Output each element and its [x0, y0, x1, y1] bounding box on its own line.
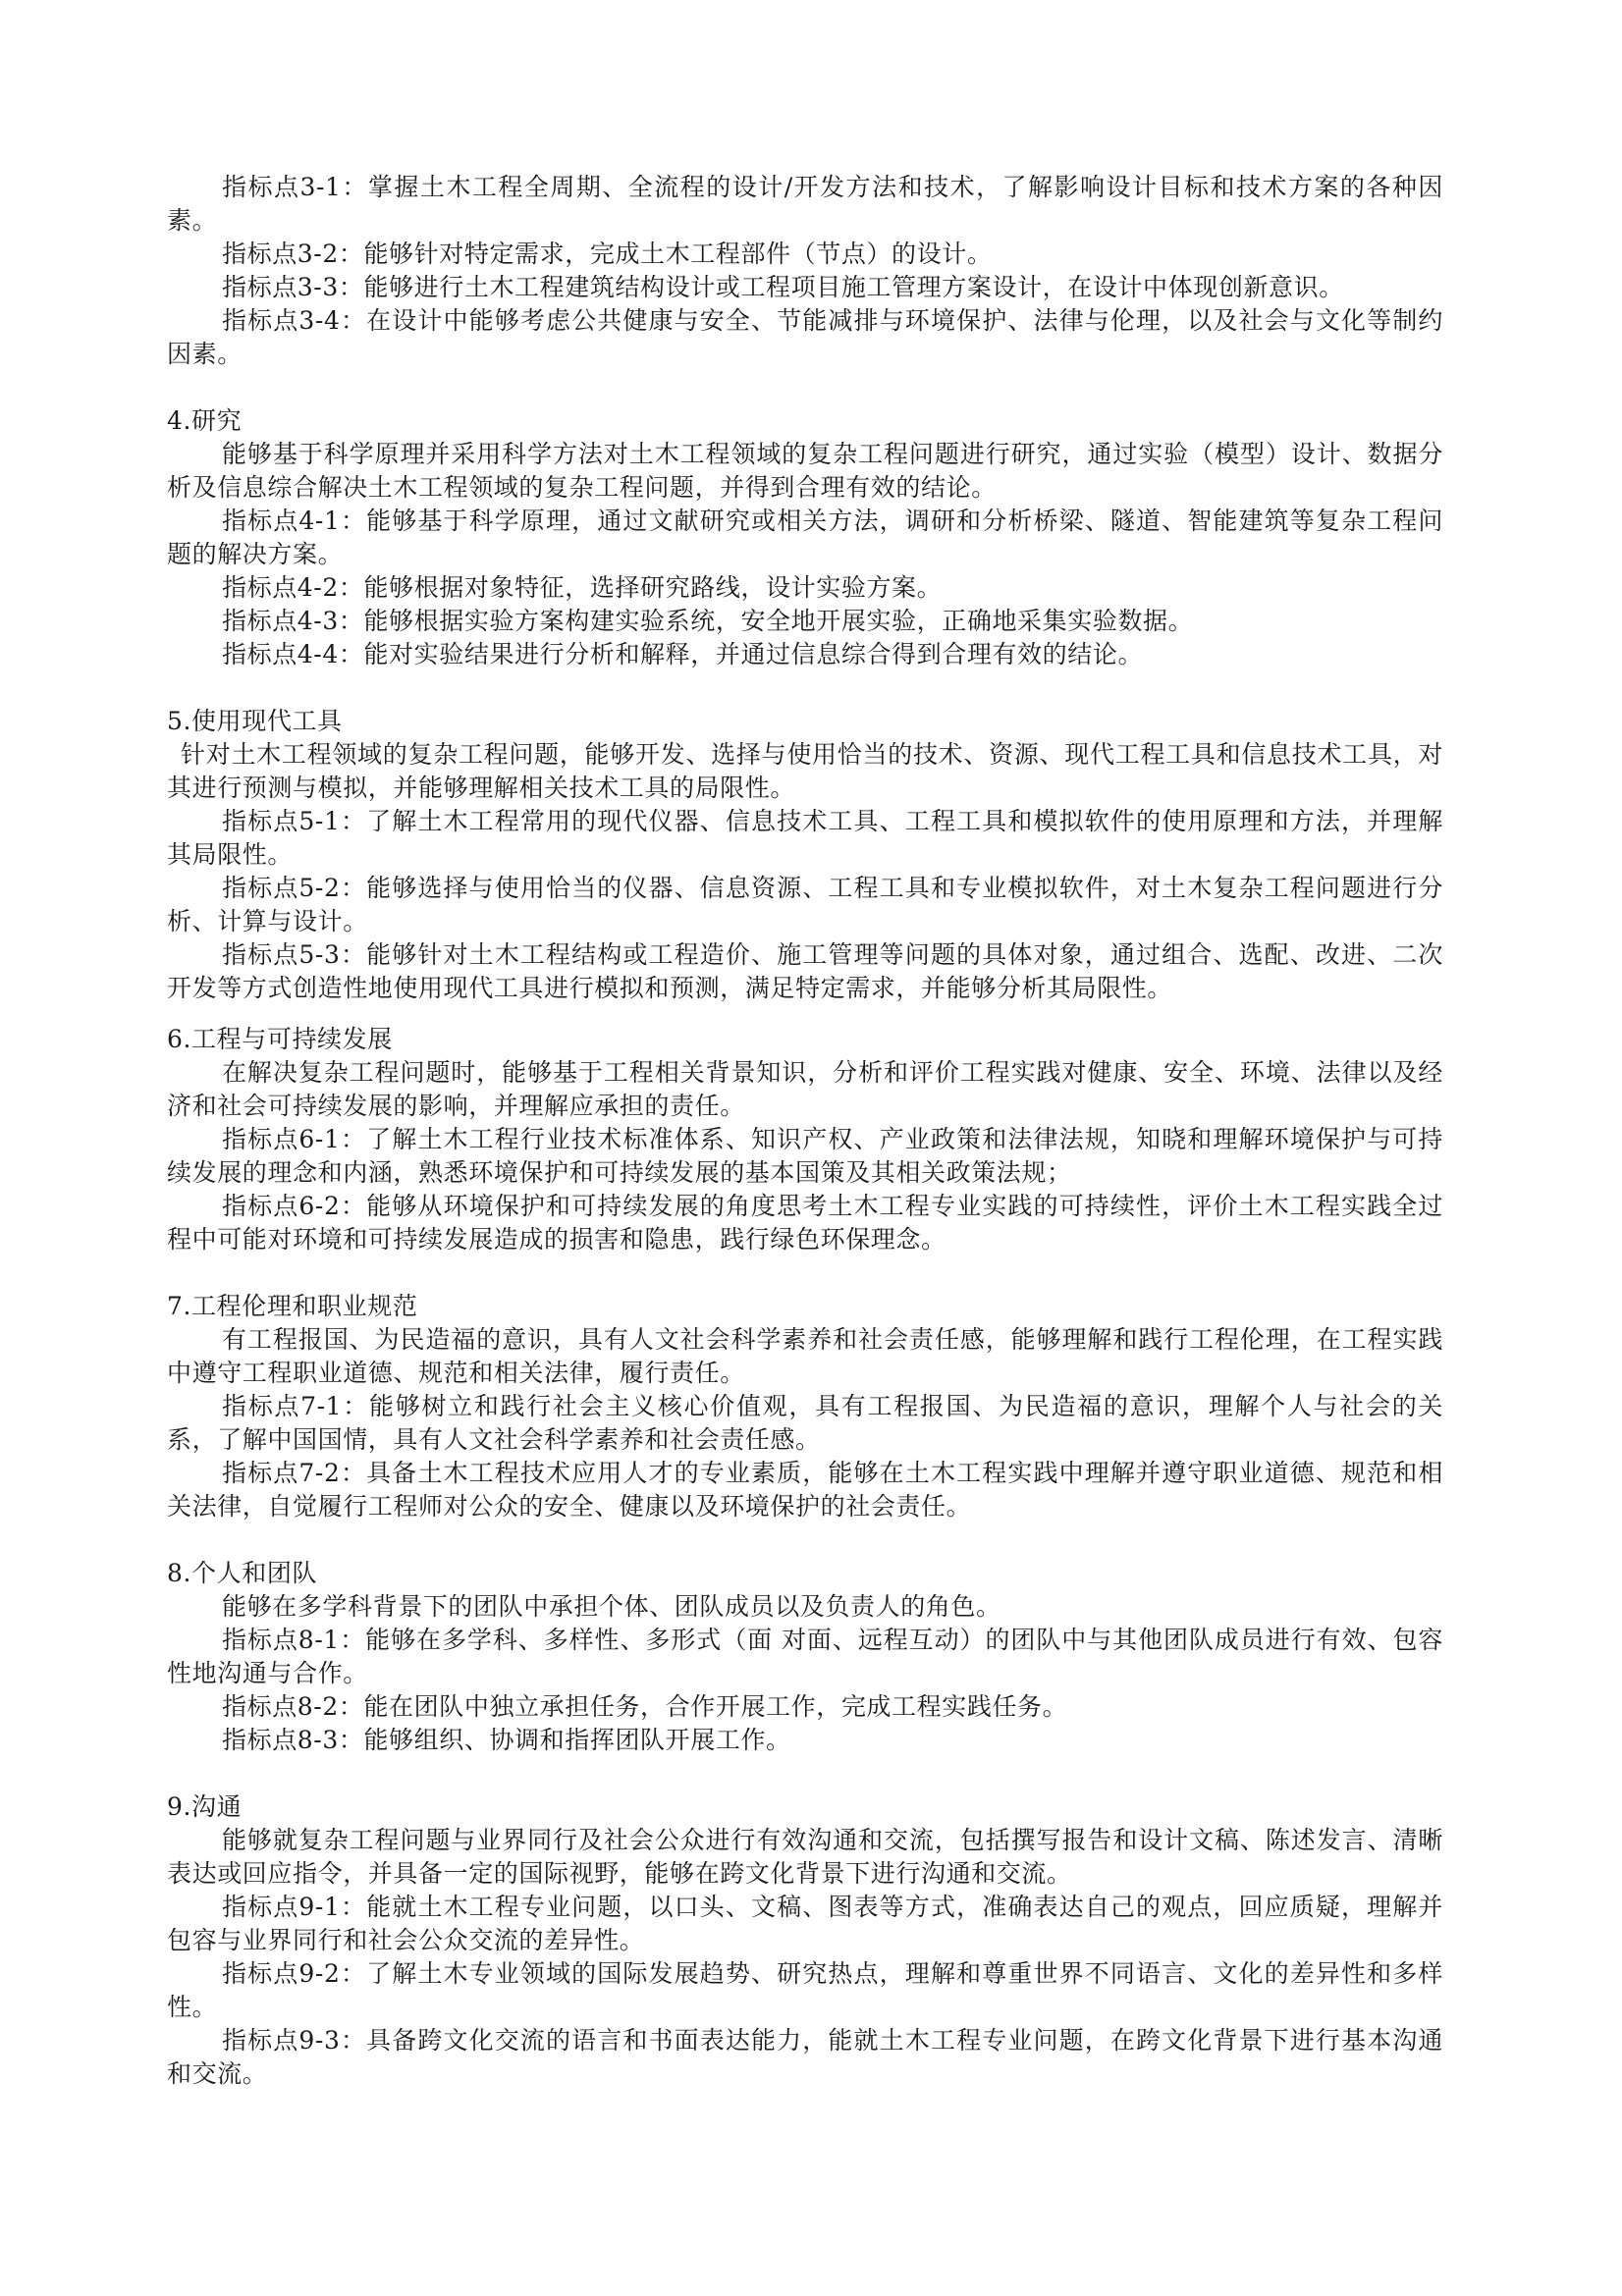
indicator-9-3: 指标点9-3：具备跨文化交流的语言和书面表达能力，能就土木工程专业问题，在跨文化… [167, 2024, 1443, 2091]
section-spacer [167, 1523, 1443, 1557]
section-intro: 能够就复杂工程问题与业界同行及社会公众进行有效沟通和交流，包括撰写报告和设计文稿… [167, 1824, 1443, 1891]
indicator-5-1: 指标点5-1：了解土木工程常用的现代仪器、信息技术工具、工程工具和模拟软件的使用… [167, 805, 1443, 872]
section-intro: 有工程报国、为民造福的意识，具有人文社会科学素养和社会责任感，能够理解和践行工程… [167, 1323, 1443, 1390]
section-heading: 4.研究 [167, 404, 1443, 438]
section-heading: 7.工程伦理和职业规范 [167, 1290, 1443, 1323]
indicator-3-1: 指标点3-1：掌握土木工程全周期、全流程的设计/开发方法和技术，了解影响设计目标… [167, 171, 1443, 238]
indicator-5-3: 指标点5-3：能够针对土木工程结构或工程造价、施工管理等问题的具体对象，通过组合… [167, 938, 1443, 1005]
section-8-teamwork: 8.个人和团队 能够在多学科背景下的团队中承担个体、团队成员以及负责人的角色。 … [167, 1557, 1443, 1757]
indicator-6-2: 指标点6-2：能够从环境保护和可持续发展的角度思考土木工程专业实践的可持续性，评… [167, 1190, 1443, 1256]
section-heading: 8.个人和团队 [167, 1557, 1443, 1590]
indicator-8-2: 指标点8-2：能在团队中独立承担任务，合作开展工作，完成工程实践任务。 [167, 1690, 1443, 1724]
section-7-ethics: 7.工程伦理和职业规范 有工程报国、为民造福的意识，具有人文社会科学素养和社会责… [167, 1290, 1443, 1523]
section-intro: 在解决复杂工程问题时，能够基于工程相关背景知识，分析和评价工程实践对健康、安全、… [167, 1056, 1443, 1123]
indicator-9-2: 指标点9-2：了解土木专业领域的国际发展趋势、研究热点，理解和尊重世界不同语言、… [167, 1957, 1443, 2024]
indicator-4-1: 指标点4-1：能够基于科学原理，通过文献研究或相关方法，调研和分析桥梁、隧道、智… [167, 505, 1443, 571]
indicator-8-1: 指标点8-1：能够在多学科、多样性、多形式（面 对面、远程互动）的团队中与其他团… [167, 1624, 1443, 1690]
section-4-research: 4.研究 能够基于科学原理并采用科学方法对土木工程领域的复杂工程问题进行研究，通… [167, 404, 1443, 671]
indicator-8-3: 指标点8-3：能够组织、协调和指挥团队开展工作。 [167, 1724, 1443, 1757]
indicator-3-4: 指标点3-4：在设计中能够考虑公共健康与安全、节能减排与环境保护、法律与伦理，以… [167, 304, 1443, 371]
indicator-9-1: 指标点9-1：能就土木工程专业问题，以口头、文稿、图表等方式，准确表达自己的观点… [167, 1891, 1443, 1957]
section-heading: 5.使用现代工具 [167, 705, 1443, 738]
document-page: 指标点3-1：掌握土木工程全周期、全流程的设计/开发方法和技术，了解影响设计目标… [167, 171, 1443, 2091]
section-9-communication: 9.沟通 能够就复杂工程问题与业界同行及社会公众进行有效沟通和交流，包括撰写报告… [167, 1790, 1443, 2091]
indicator-6-1: 指标点6-1：了解土木工程行业技术标准体系、知识产权、产业政策和法律法规，知晓和… [167, 1123, 1443, 1190]
section-spacer [167, 1757, 1443, 1790]
indicator-7-2: 指标点7-2：具备土木工程技术应用人才的专业素质，能够在土木工程实践中理解并遵守… [167, 1457, 1443, 1523]
section-spacer [167, 1256, 1443, 1290]
section-intro: 能够基于科学原理并采用科学方法对土木工程领域的复杂工程问题进行研究，通过实验（模… [167, 438, 1443, 505]
section-intro: 能够在多学科背景下的团队中承担个体、团队成员以及负责人的角色。 [167, 1590, 1443, 1624]
indicator-7-1: 指标点7-1：能够树立和践行社会主义核心价值观，具有工程报国、为民造福的意识，理… [167, 1390, 1443, 1457]
indicator-4-3: 指标点4-3：能够根据实验方案构建实验系统，安全地开展实验，正确地采集实验数据。 [167, 605, 1443, 638]
indicator-4-2: 指标点4-2：能够根据对象特征，选择研究路线，设计实验方案。 [167, 571, 1443, 605]
indicator-3-2: 指标点3-2：能够针对特定需求，完成土木工程部件（节点）的设计。 [167, 238, 1443, 271]
indicator-5-2: 指标点5-2：能够选择与使用恰当的仪器、信息资源、工程工具和专业模拟软件，对土木… [167, 872, 1443, 938]
section-5-modern-tools: 5.使用现代工具 针对土木工程领域的复杂工程问题，能够开发、选择与使用恰当的技术… [167, 705, 1443, 1005]
section-heading: 6.工程与可持续发展 [167, 1023, 1443, 1056]
section-spacer [167, 1005, 1443, 1023]
indicator-4-4: 指标点4-4：能对实验结果进行分析和解释，并通过信息综合得到合理有效的结论。 [167, 638, 1443, 671]
section-3-design: 指标点3-1：掌握土木工程全周期、全流程的设计/开发方法和技术，了解影响设计目标… [167, 171, 1443, 371]
section-spacer [167, 671, 1443, 705]
indicator-3-3: 指标点3-3：能够进行土木工程建筑结构设计或工程项目施工管理方案设计，在设计中体… [167, 271, 1443, 304]
section-6-sustainability: 6.工程与可持续发展 在解决复杂工程问题时，能够基于工程相关背景知识，分析和评价… [167, 1023, 1443, 1256]
section-spacer [167, 371, 1443, 404]
section-heading: 9.沟通 [167, 1790, 1443, 1824]
section-intro: 针对土木工程领域的复杂工程问题，能够开发、选择与使用恰当的技术、资源、现代工程工… [167, 738, 1443, 805]
